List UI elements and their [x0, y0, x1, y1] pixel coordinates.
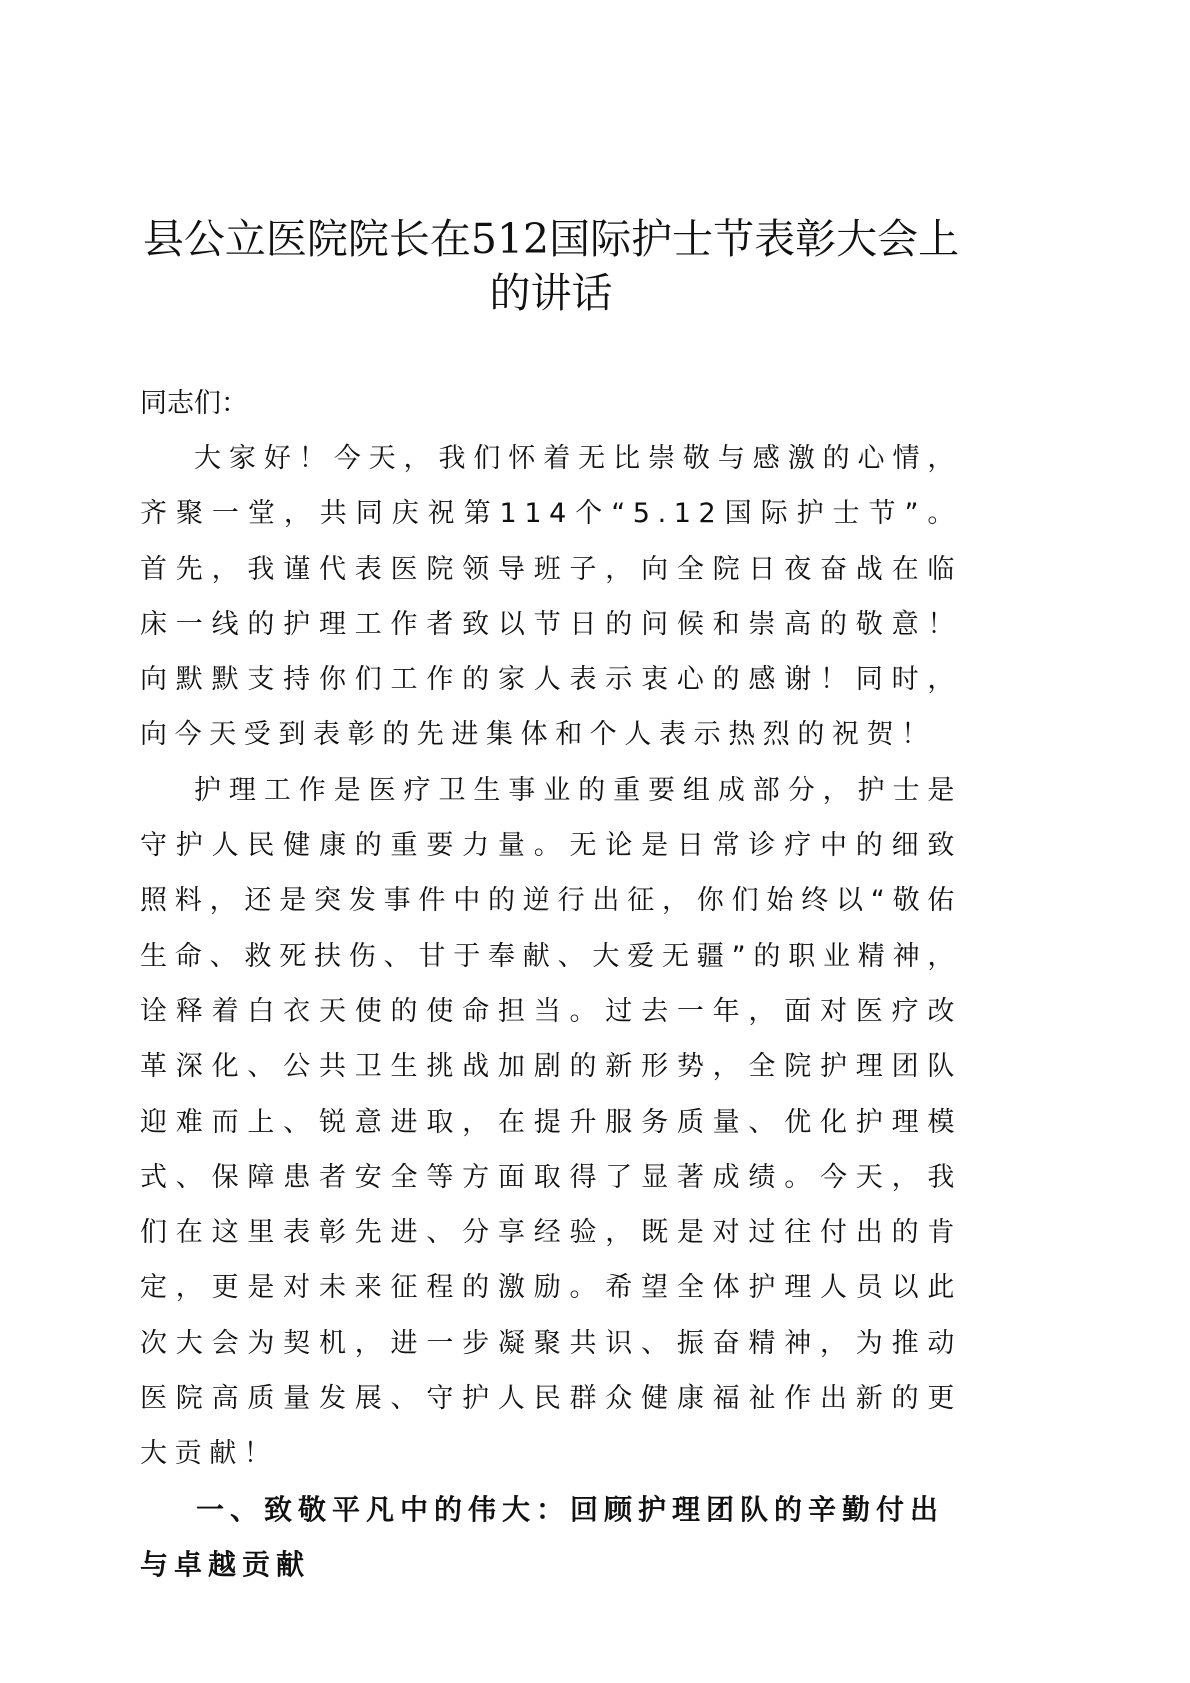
document-title: 县公立医院院长在512国际护士节表彰大会上的讲话	[140, 212, 962, 320]
document-page: 县公立医院院长在512国际护士节表彰大会上的讲话 同志们： 大家好！今天，我们怀…	[140, 212, 962, 1592]
paragraph-nursing-work: 护理工作是医疗卫生事业的重要组成部分，护士是守护人民健康的重要力量。无论是日常诊…	[140, 763, 962, 1482]
paragraph-greeting: 大家好！今天，我们怀着无比崇敬与感激的心情，齐聚一堂，共同庆祝第114个“5.1…	[140, 431, 962, 763]
salutation: 同志们：	[140, 376, 962, 431]
section-heading-1: 一、致敬平凡中的伟大：回顾护理团队的辛勤付出与卓越贡献	[140, 1482, 962, 1592]
